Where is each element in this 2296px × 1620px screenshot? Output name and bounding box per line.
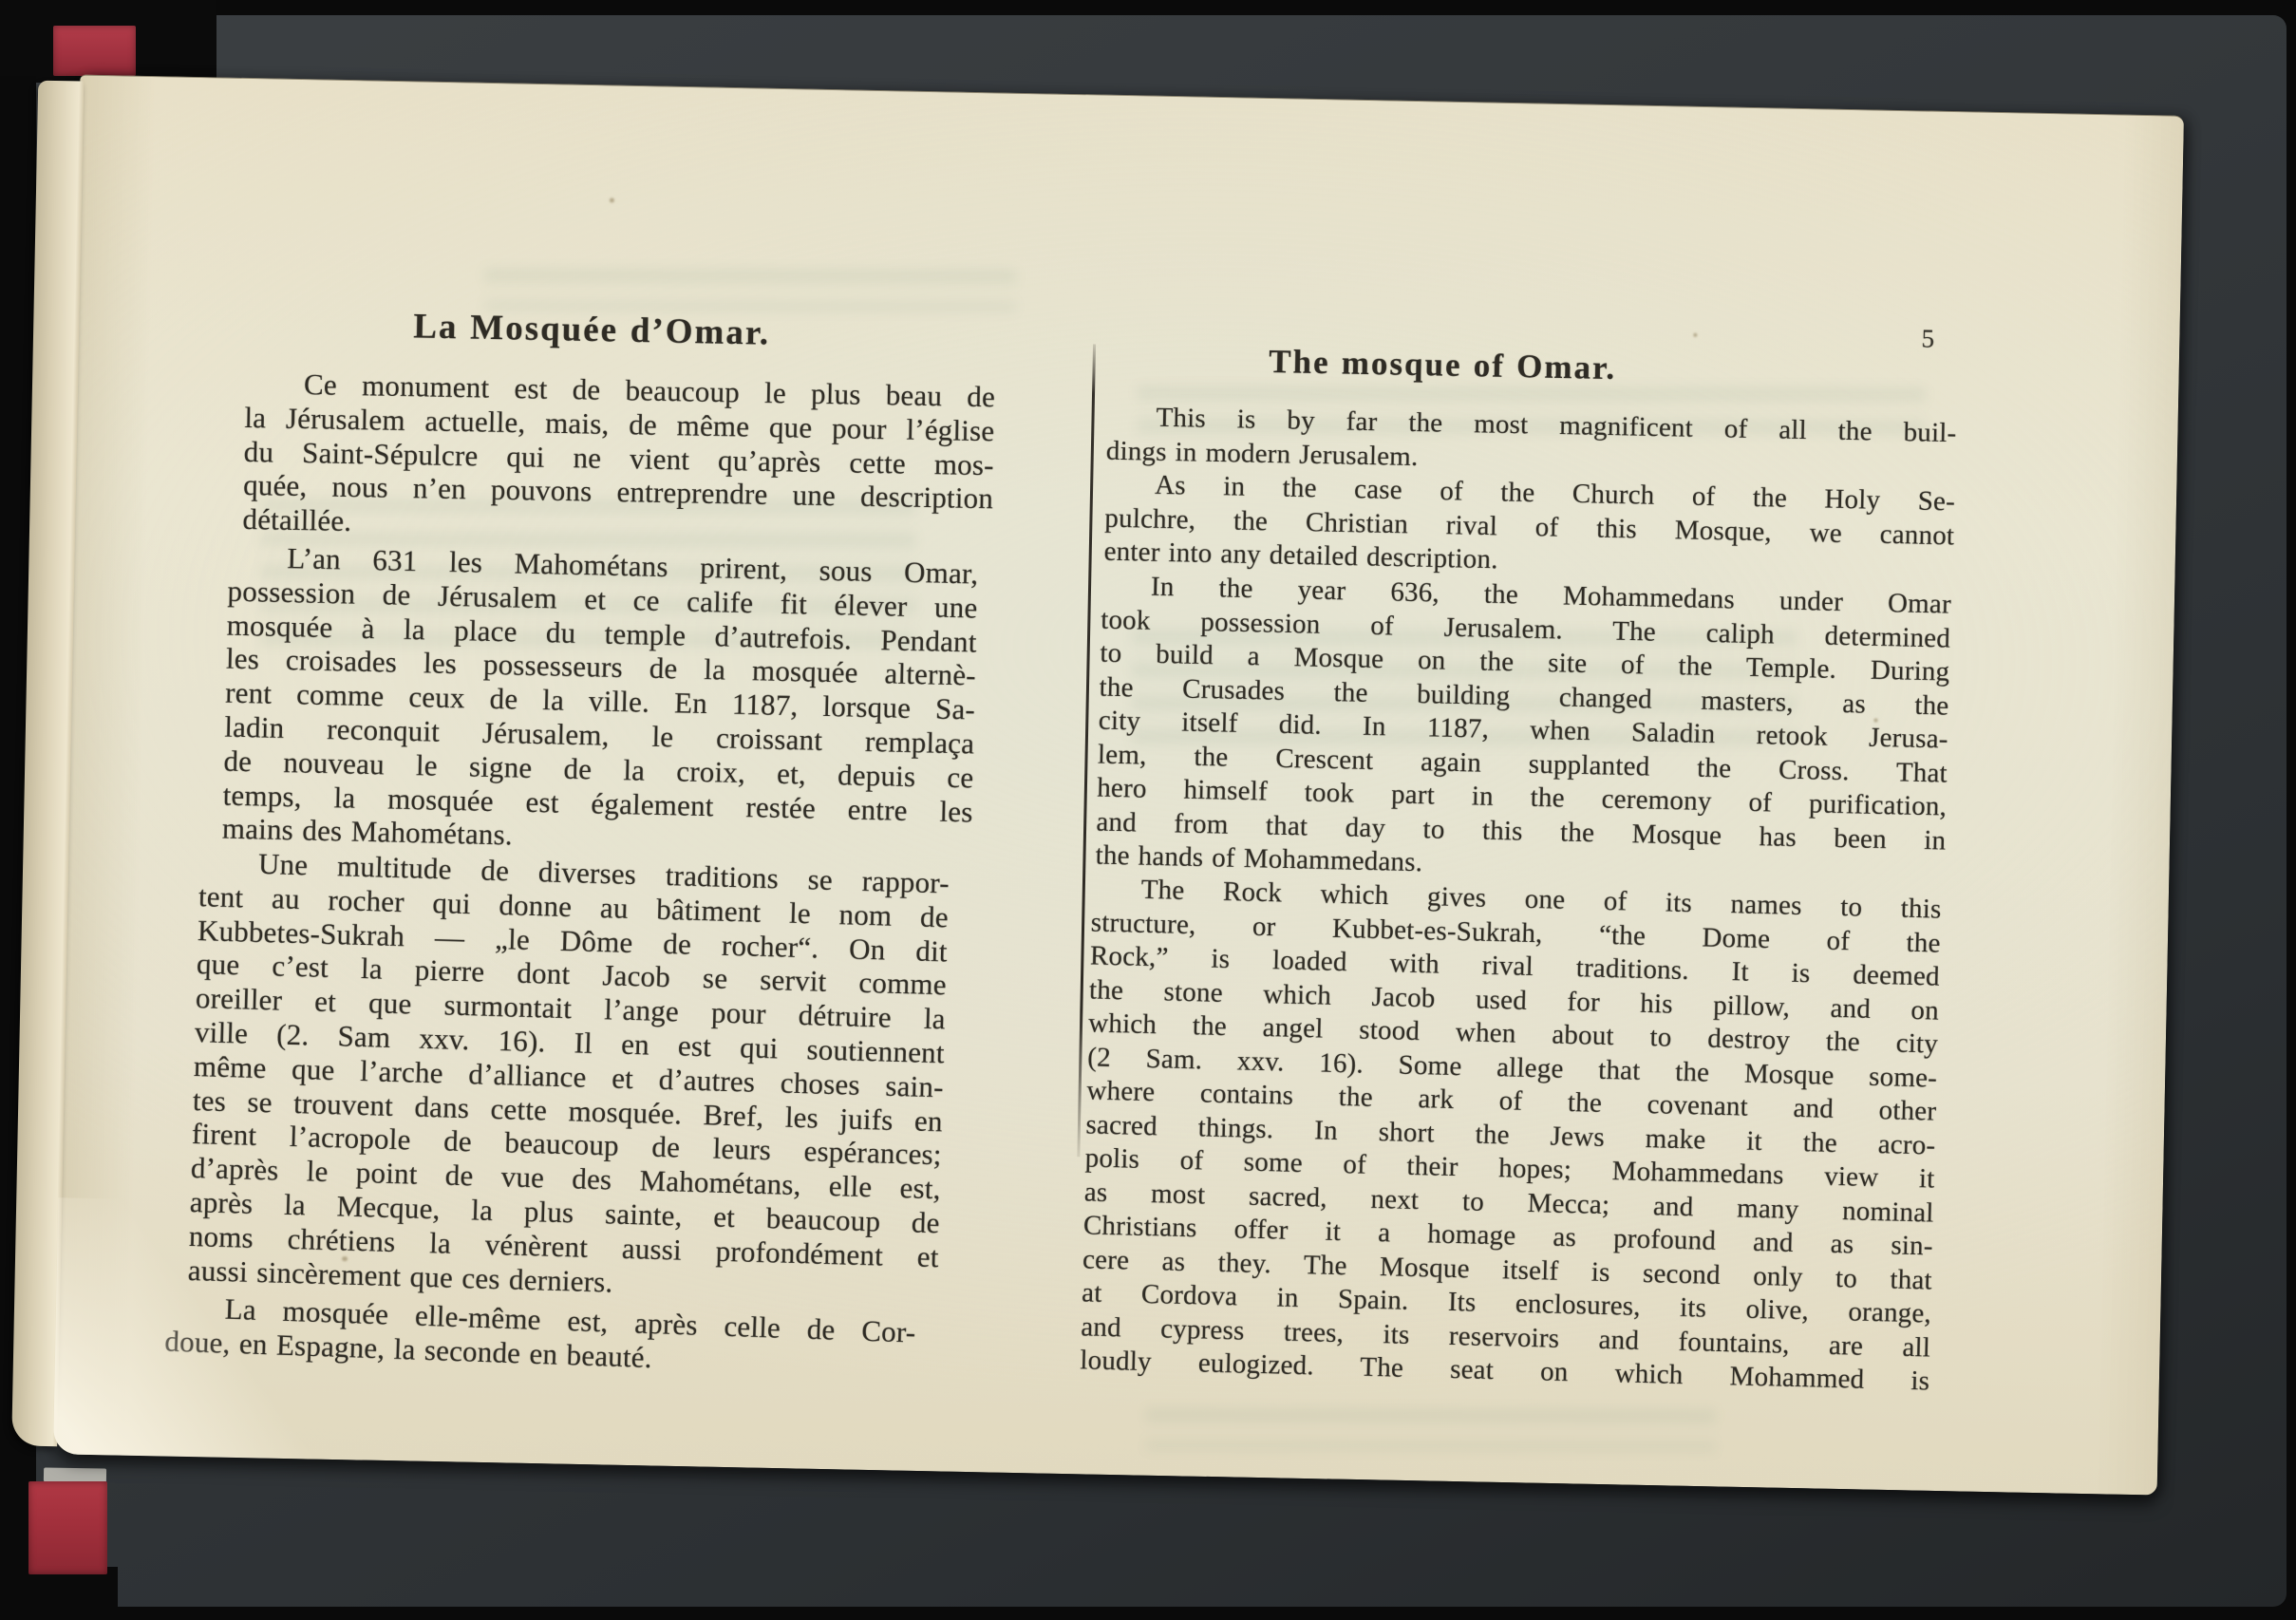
right-column-title: The mosque of Omar. [1107, 339, 1958, 394]
left-column-french: La Mosquée d’Omar. Ce monument est de be… [215, 303, 986, 1373]
paragraph: Une multitude de diverses traditions se … [187, 845, 950, 1309]
right-column-body: This is by far the most magnificent of a… [1088, 401, 1957, 1395]
paragraph: The Rock which gives one of its names to… [1080, 872, 1942, 1399]
paragraph: L’an 631 les Mahométans prirent, sous Om… [222, 540, 979, 863]
scanned-book-photo: { "page": { "number": "5", "left_column"… [0, 0, 2296, 1620]
spine-headband-top [53, 26, 136, 76]
showthrough-ghost [1146, 1408, 1716, 1451]
left-column-body: Ce monument est de beaucoup le plus beau… [215, 367, 984, 1373]
paragraph: In the year 636, the Mohammedans under O… [1095, 569, 1951, 891]
page-number: 5 [1893, 324, 1963, 354]
spine-headband-bottom [28, 1481, 107, 1574]
right-column-english: The mosque of Omar. This is by far the m… [1088, 339, 1958, 1395]
paragraph: Ce monument est de beaucoup le plus beau… [242, 367, 995, 550]
showthrough-ghost [484, 269, 1016, 311]
book-page: 5 La Mosquée d’Omar. Ce monument est de … [53, 74, 2184, 1495]
paragraph: As in the case of the Church of the Holy… [1103, 468, 1955, 587]
paper-speck [1693, 333, 1697, 337]
paper-speck [610, 198, 614, 202]
spine-shadow-bottom-under [23, 1567, 118, 1620]
left-column-title: La Mosquée d’Omar. [235, 303, 986, 358]
